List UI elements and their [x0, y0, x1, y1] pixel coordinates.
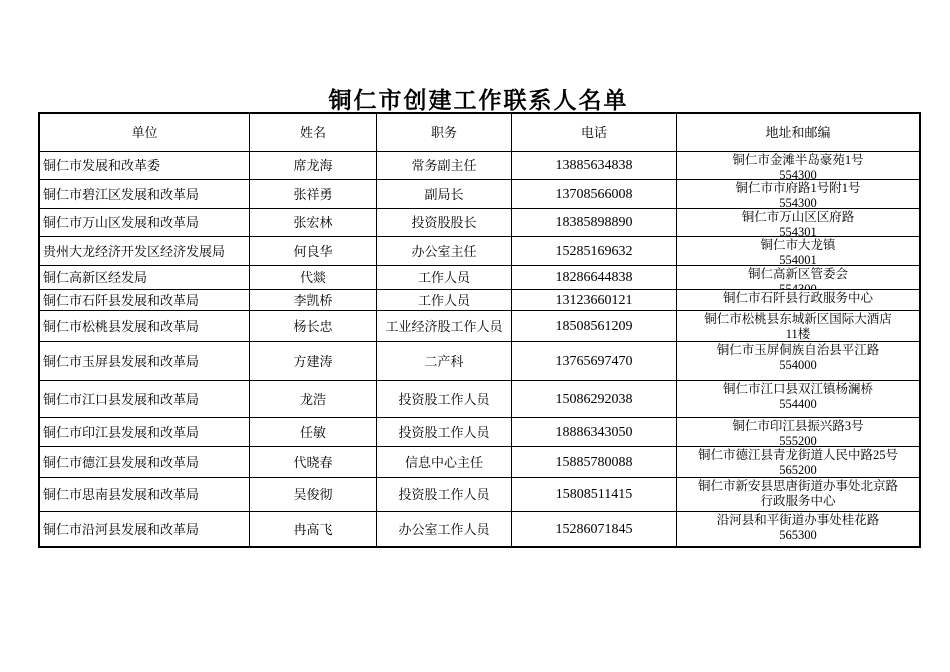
- address-line2: 555200: [677, 434, 919, 446]
- table-row: 铜仁市万山区发展和改革局 张宏林 投资股股长 18385898890 铜仁市万山…: [40, 208, 919, 236]
- cell-address: 铜仁市江口县双江镇杨澜桥 554400: [677, 381, 919, 417]
- cell-unit: 铜仁市玉屏县发展和改革局: [40, 342, 250, 380]
- cell-phone: 13123660121: [512, 290, 677, 310]
- header-unit: 单位: [40, 114, 250, 151]
- table-row: 铜仁市沿河县发展和改革局 冉高飞 办公室工作人员 15286071845 沿河县…: [40, 511, 919, 546]
- address-line1: 铜仁市江口县双江镇杨澜桥: [677, 382, 919, 397]
- address-line2: 554300: [677, 282, 919, 289]
- cell-address: 铜仁市德江县青龙街道人民中路25号 565200: [677, 447, 919, 477]
- cell-unit: 铜仁市思南县发展和改革局: [40, 478, 250, 511]
- table-row: 铜仁市德江县发展和改革局 代晓春 信息中心主任 15885780088 铜仁市德…: [40, 446, 919, 477]
- cell-address: 沿河县和平街道办事处桂花路 565300: [677, 512, 919, 546]
- cell-phone: 15885780088: [512, 447, 677, 477]
- address-line2: 554000: [677, 358, 919, 373]
- address-line1: 沿河县和平街道办事处桂花路: [677, 513, 919, 528]
- cell-position: 投资股工作人员: [377, 478, 512, 511]
- address-line1: 铜仁市万山区区府路: [677, 210, 919, 225]
- address-line2: 11楼: [677, 327, 919, 341]
- table-row: 铜仁市碧江区发展和改革局 张祥勇 副局长 13708566008 铜仁市市府路1…: [40, 179, 919, 208]
- cell-position: 常务副主任: [377, 152, 512, 179]
- address-line2: 554001: [677, 253, 919, 265]
- table-row: 铜仁市玉屏县发展和改革局 方建涛 二产科 13765697470 铜仁市玉屏侗族…: [40, 341, 919, 380]
- header-position: 职务: [377, 114, 512, 151]
- cell-position: 二产科: [377, 342, 512, 380]
- address-line1: 铜仁市新安县思唐街道办事处北京路: [677, 479, 919, 494]
- cell-name: 冉高飞: [250, 512, 377, 546]
- cell-phone: 18286644838: [512, 266, 677, 289]
- cell-address: 铜仁市玉屏侗族自治县平江路 554000: [677, 342, 919, 380]
- cell-address: 铜仁市新安县思唐街道办事处北京路 行政服务中心: [677, 478, 919, 511]
- cell-name: 张宏林: [250, 209, 377, 236]
- cell-address: 铜仁市印江县振兴路3号 555200: [677, 418, 919, 446]
- cell-position: 办公室主任: [377, 237, 512, 265]
- cell-position: 副局长: [377, 180, 512, 208]
- cell-address: 铜仁市石阡县行政服务中心: [677, 290, 919, 310]
- cell-name: 张祥勇: [250, 180, 377, 208]
- cell-name: 李凯桥: [250, 290, 377, 310]
- table-row: 铜仁市思南县发展和改革局 吴俊彻 投资股工作人员 15808511415 铜仁市…: [40, 477, 919, 511]
- cell-address: 铜仁市松桃县东城新区国际大酒店 11楼: [677, 311, 919, 341]
- cell-phone: 15286071845: [512, 512, 677, 546]
- address-line1: 铜仁市市府路1号附1号: [677, 181, 919, 196]
- document-page: 铜仁市创建工作联系人名单 单位 姓名 职务 电话 地址和邮编 铜仁市发展和改革委…: [0, 0, 950, 672]
- cell-address: 铜仁高新区管委会 554300: [677, 266, 919, 289]
- cell-phone: 18508561209: [512, 311, 677, 341]
- cell-name: 何良华: [250, 237, 377, 265]
- table-row: 铜仁市印江县发展和改革局 任敏 投资股工作人员 18886343050 铜仁市印…: [40, 417, 919, 446]
- address-line1: 铜仁市石阡县行政服务中心: [677, 291, 919, 306]
- cell-position: 投资股股长: [377, 209, 512, 236]
- table-row: 铜仁市发展和改革委 席龙海 常务副主任 13885634838 铜仁市金滩半岛豪…: [40, 151, 919, 179]
- address-line1: 铜仁高新区管委会: [677, 267, 919, 282]
- cell-phone: 18886343050: [512, 418, 677, 446]
- cell-name: 吴俊彻: [250, 478, 377, 511]
- table-row: 铜仁市松桃县发展和改革局 杨长忠 工业经济股工作人员 18508561209 铜…: [40, 310, 919, 341]
- address-line2: 行政服务中心: [677, 494, 919, 509]
- cell-unit: 铜仁高新区经发局: [40, 266, 250, 289]
- cell-name: 龙浩: [250, 381, 377, 417]
- table-row: 铜仁高新区经发局 代燚 工作人员 18286644838 铜仁高新区管委会 55…: [40, 265, 919, 289]
- cell-address: 铜仁市万山区区府路 554301: [677, 209, 919, 236]
- cell-phone: 18385898890: [512, 209, 677, 236]
- cell-name: 代晓春: [250, 447, 377, 477]
- cell-unit: 铜仁市沿河县发展和改革局: [40, 512, 250, 546]
- address-line1: 铜仁市大龙镇: [677, 238, 919, 253]
- cell-unit: 铜仁市碧江区发展和改革局: [40, 180, 250, 208]
- cell-name: 席龙海: [250, 152, 377, 179]
- header-address: 地址和邮编: [677, 114, 919, 151]
- address-line2: 565200: [677, 463, 919, 477]
- cell-phone: 13885634838: [512, 152, 677, 179]
- contacts-table: 单位 姓名 职务 电话 地址和邮编 铜仁市发展和改革委 席龙海 常务副主任 13…: [38, 112, 921, 548]
- table-row: 铜仁市石阡县发展和改革局 李凯桥 工作人员 13123660121 铜仁市石阡县…: [40, 289, 919, 310]
- table-row: 铜仁市江口县发展和改革局 龙浩 投资股工作人员 15086292038 铜仁市江…: [40, 380, 919, 417]
- cell-unit: 铜仁市印江县发展和改革局: [40, 418, 250, 446]
- cell-phone: 15086292038: [512, 381, 677, 417]
- cell-position: 投资股工作人员: [377, 418, 512, 446]
- address-line2: 554300: [677, 168, 919, 179]
- cell-position: 办公室工作人员: [377, 512, 512, 546]
- address-line1: 铜仁市金滩半岛豪苑1号: [677, 153, 919, 168]
- address-line2: 565300: [677, 528, 919, 543]
- cell-unit: 铜仁市发展和改革委: [40, 152, 250, 179]
- cell-name: 代燚: [250, 266, 377, 289]
- cell-phone: 15808511415: [512, 478, 677, 511]
- address-line2: 554301: [677, 225, 919, 236]
- cell-position: 投资股工作人员: [377, 381, 512, 417]
- address-line1: 铜仁市印江县振兴路3号: [677, 419, 919, 434]
- header-phone: 电话: [512, 114, 677, 151]
- cell-name: 方建涛: [250, 342, 377, 380]
- page-title: 铜仁市创建工作联系人名单: [38, 82, 919, 115]
- cell-unit: 铜仁市万山区发展和改革局: [40, 209, 250, 236]
- cell-phone: 13708566008: [512, 180, 677, 208]
- cell-position: 工业经济股工作人员: [377, 311, 512, 341]
- cell-position: 信息中心主任: [377, 447, 512, 477]
- cell-name: 杨长忠: [250, 311, 377, 341]
- cell-name: 任敏: [250, 418, 377, 446]
- table-header-row: 单位 姓名 职务 电话 地址和邮编: [40, 114, 919, 151]
- cell-unit: 铜仁市德江县发展和改革局: [40, 447, 250, 477]
- cell-unit: 铜仁市松桃县发展和改革局: [40, 311, 250, 341]
- address-line1: 铜仁市玉屏侗族自治县平江路: [677, 343, 919, 358]
- cell-unit: 贵州大龙经济开发区经济发展局: [40, 237, 250, 265]
- cell-position: 工作人员: [377, 266, 512, 289]
- header-name: 姓名: [250, 114, 377, 151]
- address-line1: 铜仁市松桃县东城新区国际大酒店: [677, 312, 919, 327]
- address-line1: 铜仁市德江县青龙街道人民中路25号: [677, 448, 919, 463]
- address-line2: 554300: [677, 196, 919, 208]
- cell-address: 铜仁市大龙镇 554001: [677, 237, 919, 265]
- cell-phone: 15285169632: [512, 237, 677, 265]
- cell-phone: 13765697470: [512, 342, 677, 380]
- cell-unit: 铜仁市江口县发展和改革局: [40, 381, 250, 417]
- cell-unit: 铜仁市石阡县发展和改革局: [40, 290, 250, 310]
- address-line2: 554400: [677, 397, 919, 412]
- cell-address: 铜仁市金滩半岛豪苑1号 554300: [677, 152, 919, 179]
- cell-position: 工作人员: [377, 290, 512, 310]
- table-row: 贵州大龙经济开发区经济发展局 何良华 办公室主任 15285169632 铜仁市…: [40, 236, 919, 265]
- cell-address: 铜仁市市府路1号附1号 554300: [677, 180, 919, 208]
